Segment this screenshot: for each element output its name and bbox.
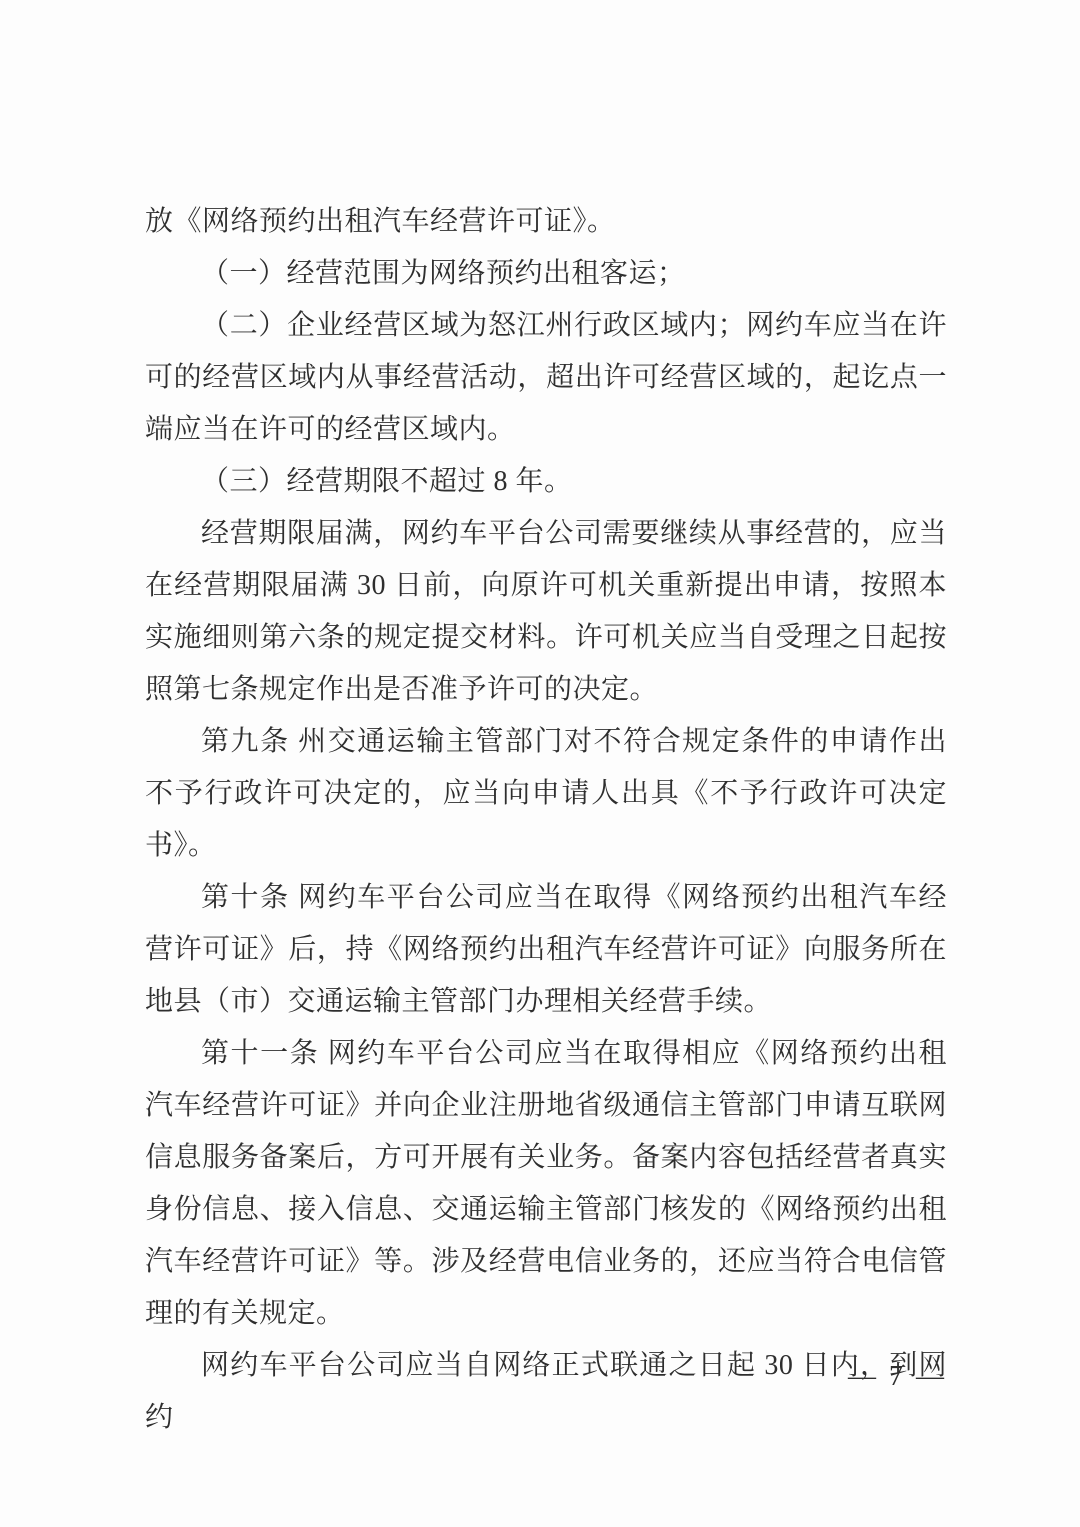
paragraph: 网约车平台公司应当自网络正式联通之日起 30 日内，到网约 — [145, 1340, 947, 1444]
document-body: 放《网络预约出租汽车经营许可证》。（一）经营范围为网络预约出租客运；（二）企业经… — [145, 196, 947, 1444]
paragraph: 经营期限届满，网约车平台公司需要继续从事经营的，应当在经营期限届满 30 日前，… — [145, 508, 947, 716]
paragraph: （二）企业经营区域为怒江州行政区域内；网约车应当在许可的经营区域内从事经营活动，… — [145, 300, 947, 456]
page-number: — 7 — — [848, 1361, 947, 1392]
paragraph: （三）经营期限不超过 8 年。 — [145, 456, 947, 508]
paragraph: 第十一条 网约车平台公司应当在取得相应《网络预约出租汽车经营许可证》并向企业注册… — [145, 1028, 947, 1340]
paragraph: 放《网络预约出租汽车经营许可证》。 — [145, 196, 947, 248]
paragraph: 第十条 网约车平台公司应当在取得《网络预约出租汽车经营许可证》后，持《网络预约出… — [145, 872, 947, 1028]
document-page: 放《网络预约出租汽车经营许可证》。（一）经营范围为网络预约出租客运；（二）企业经… — [0, 0, 1080, 1527]
paragraph: 第九条 州交通运输主管部门对不符合规定条件的申请作出不予行政许可决定的，应当向申… — [145, 716, 947, 872]
paragraph: （一）经营范围为网络预约出租客运； — [145, 248, 947, 300]
page-footer: — 7 — — [848, 1360, 947, 1394]
